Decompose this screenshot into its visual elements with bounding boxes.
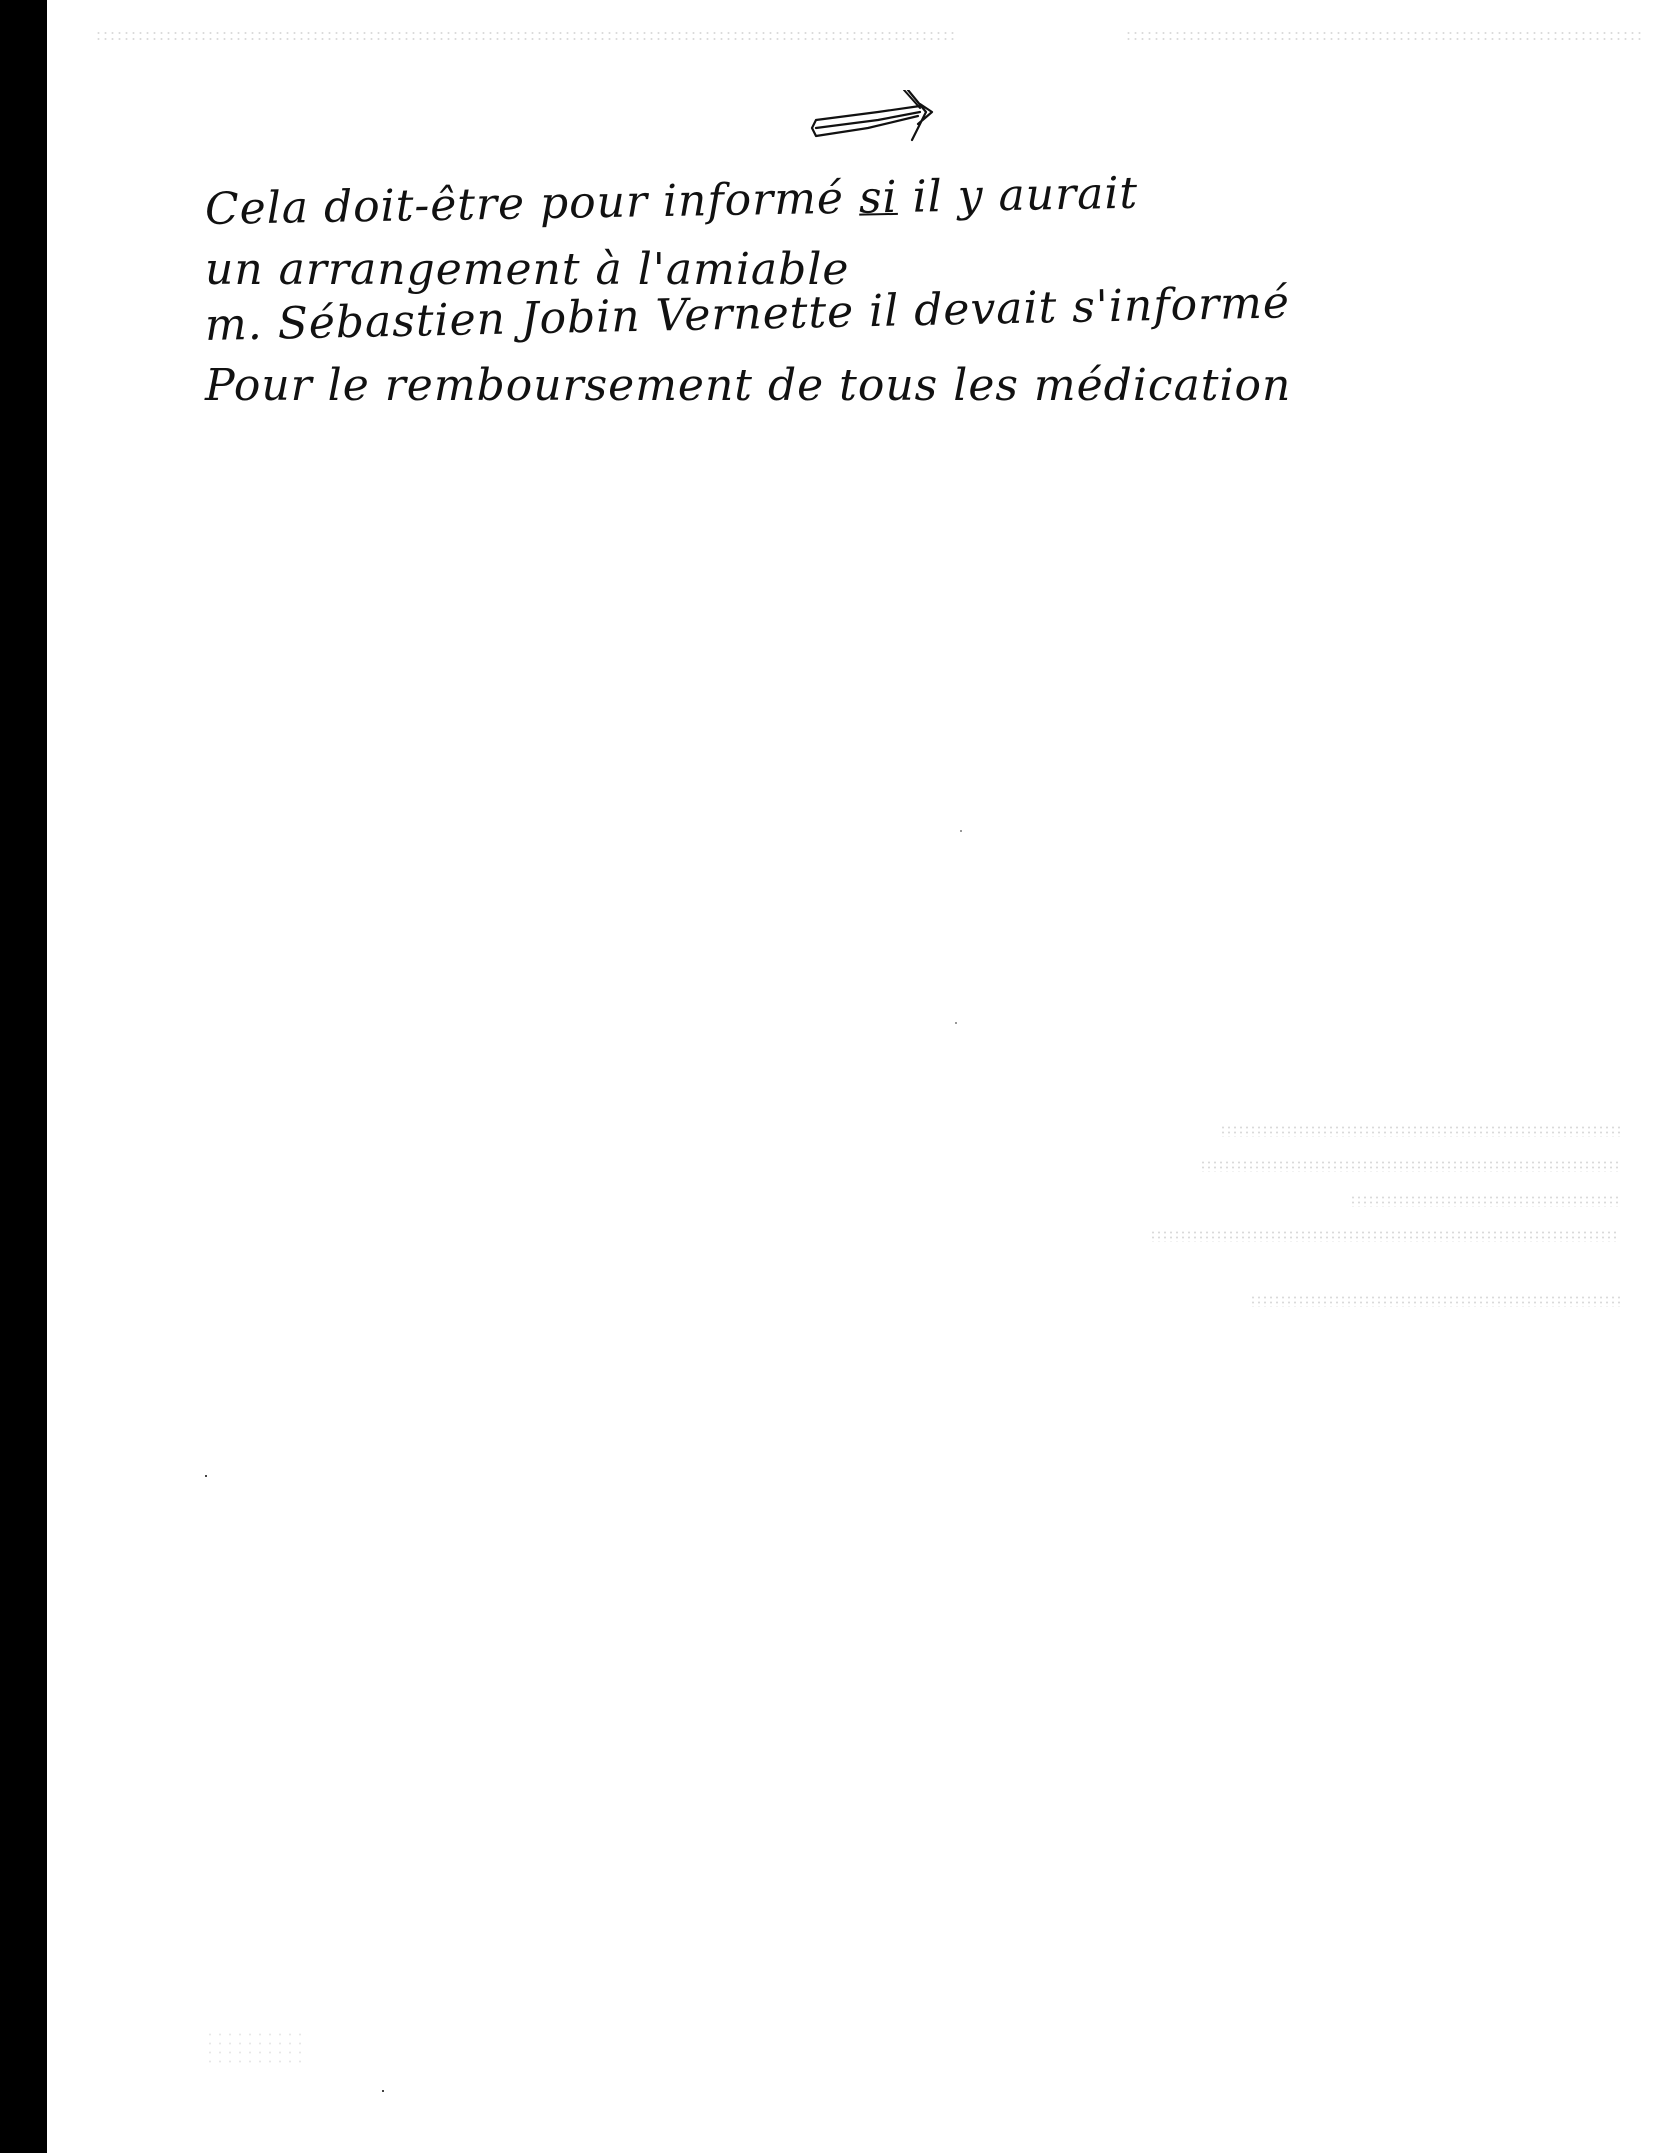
handwritten-note: Cela doit-être pour informé si il y aura… — [205, 178, 1465, 418]
handwriting-line-4: Pour le remboursement de tous les médica… — [205, 354, 1465, 418]
scan-speck — [382, 2090, 384, 2092]
bleed-through-header-right — [1125, 30, 1645, 44]
line-1-text-start: Cela doit-être pour informé — [205, 173, 860, 235]
scan-speck — [955, 1022, 957, 1024]
scan-speck — [205, 1475, 207, 1477]
line-1-text-end: il y aurait — [897, 168, 1138, 223]
scan-speck — [960, 830, 962, 832]
bleed-through-header-left — [95, 30, 955, 44]
right-arrow-icon — [808, 90, 968, 150]
bleed-through-address-block — [1150, 1105, 1630, 1305]
underlined-word: si — [858, 172, 898, 224]
scan-edge-black-bar — [0, 0, 47, 2153]
bleed-through-footer — [205, 2030, 305, 2066]
